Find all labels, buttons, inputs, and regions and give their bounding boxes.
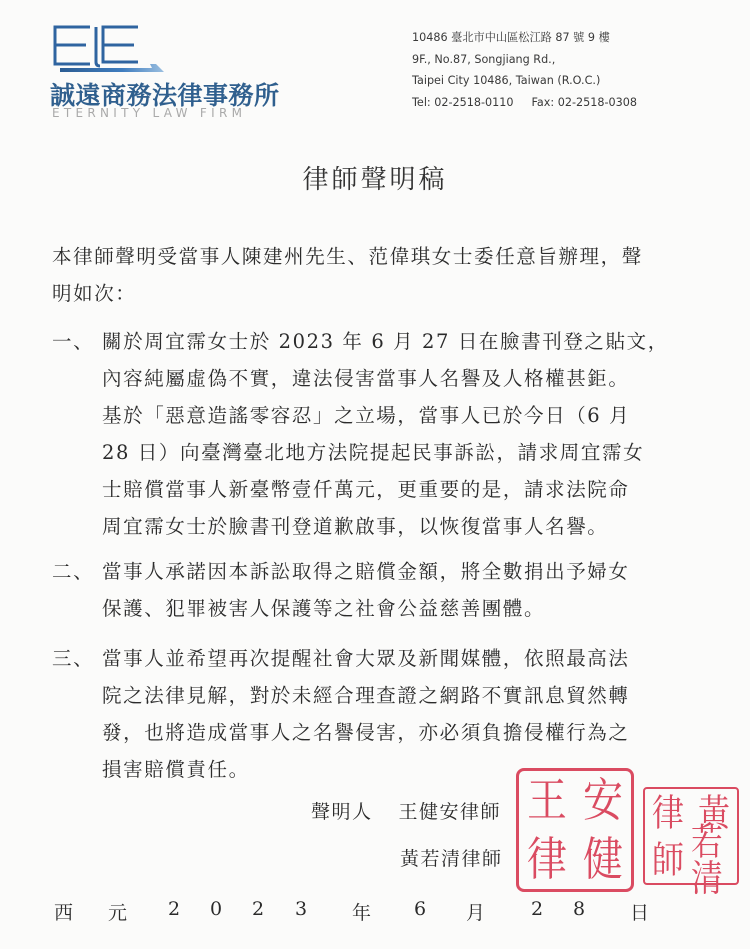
firm-name-english: ETERNITY LAW FIRM	[52, 106, 246, 120]
item-number: 一、	[52, 323, 94, 360]
signature-line-1: 聲明人王健安律師	[311, 797, 501, 824]
date-char: 日	[630, 898, 649, 925]
date-char: 年	[352, 898, 371, 925]
declarant-label: 聲明人	[311, 801, 373, 823]
date-char: 2	[531, 898, 543, 920]
firm-address-block: 10486 臺北市中山區松江路 87 號 9 樓 9F., No.87, Son…	[412, 27, 637, 113]
seal-glyph: 若清	[691, 832, 737, 886]
item-line: 周宜霈女士於臉書刊登道歉啟事，以恢復當事人名譽。	[102, 508, 669, 545]
signer-name-2: 黃若清律師	[400, 844, 503, 871]
firm-logo-mark	[52, 24, 202, 76]
item-line: 內容純屬虛偽不實，違法侵害當事人名譽及人格權甚鉅。	[102, 360, 669, 397]
date-char: 6	[414, 898, 426, 920]
item-number: 二、	[52, 553, 94, 590]
seal-glyph: 律	[519, 826, 575, 894]
item-line: 基於「惡意造謠零容忍」之立場，當事人已於今日（6 月	[102, 397, 669, 434]
seal-glyph: 王	[519, 767, 575, 835]
telephone-number: Tel: 02-2518-0110	[412, 96, 514, 109]
seal-glyph: 律	[645, 785, 691, 839]
date-char: 8	[573, 898, 585, 920]
document-title: 律師聲明稿	[0, 159, 750, 196]
item-line: 當事人並希望再次提醒社會大眾及新聞媒體，依照最高法	[102, 640, 630, 677]
item-line: 關於周宜霈女士於 2023 年 6 月 27 日在臉書刊登之貼文，	[102, 323, 669, 360]
intro-line: 本律師聲明受當事人陳建州先生、范偉琪女士委任意旨辦理，聲	[52, 238, 643, 275]
intro-line: 明如次：	[52, 275, 643, 312]
document-date: 西 元 2 0 2 3 年 6 月 2 8 日	[0, 898, 750, 928]
item-line: 保護、犯罪被害人保護等之社會公益慈善團體。	[102, 590, 630, 627]
intro-paragraph: 本律師聲明受當事人陳建州先生、范偉琪女士委任意旨辦理，聲 明如次：	[52, 238, 643, 312]
date-char: 2	[168, 898, 180, 920]
item-line: 士賠償當事人新臺幣壹仟萬元，更重要的是，請求法院命	[102, 471, 669, 508]
seal-glyph: 健	[575, 826, 631, 894]
address-line-chinese: 10486 臺北市中山區松江路 87 號 9 樓	[412, 27, 637, 49]
address-line-city: Taipei City 10486, Taiwan (R.O.C.)	[412, 70, 637, 92]
date-char: 3	[295, 898, 307, 920]
date-char: 月	[466, 898, 485, 925]
item-line: 院之法律見解，對於未經合理查證之網路不實訊息貿然轉	[102, 677, 630, 714]
date-char: 0	[210, 898, 222, 920]
contact-line: Tel: 02-2518-0110Fax: 02-2518-0308	[412, 92, 637, 114]
seal-glyph: 安	[575, 767, 631, 835]
item-number: 三、	[52, 640, 94, 677]
seal-glyph: 師	[645, 832, 691, 886]
item-line: 當事人承諾因本訴訟取得之賠償金額，將全數捐出予婦女	[102, 553, 630, 590]
seal-stamp-1: 王 安 律 健	[516, 768, 634, 892]
signer-name-1: 王健安律師	[399, 801, 502, 823]
item-line: 發，也將造成當事人之名譽侵害，亦必須負擔侵權行為之	[102, 714, 630, 751]
item-line: 28 日）向臺灣臺北地方法院提起民事訴訟，請求周宜霈女	[102, 434, 669, 471]
seal-stamp-2: 律 黃 師 若清	[643, 787, 739, 885]
date-char: 元	[108, 898, 127, 925]
address-line-street: 9F., No.87, Songjiang Rd.,	[412, 49, 637, 71]
fax-number: Fax: 02-2518-0308	[532, 96, 637, 109]
date-char: 2	[252, 898, 264, 920]
date-char: 西	[54, 898, 73, 925]
